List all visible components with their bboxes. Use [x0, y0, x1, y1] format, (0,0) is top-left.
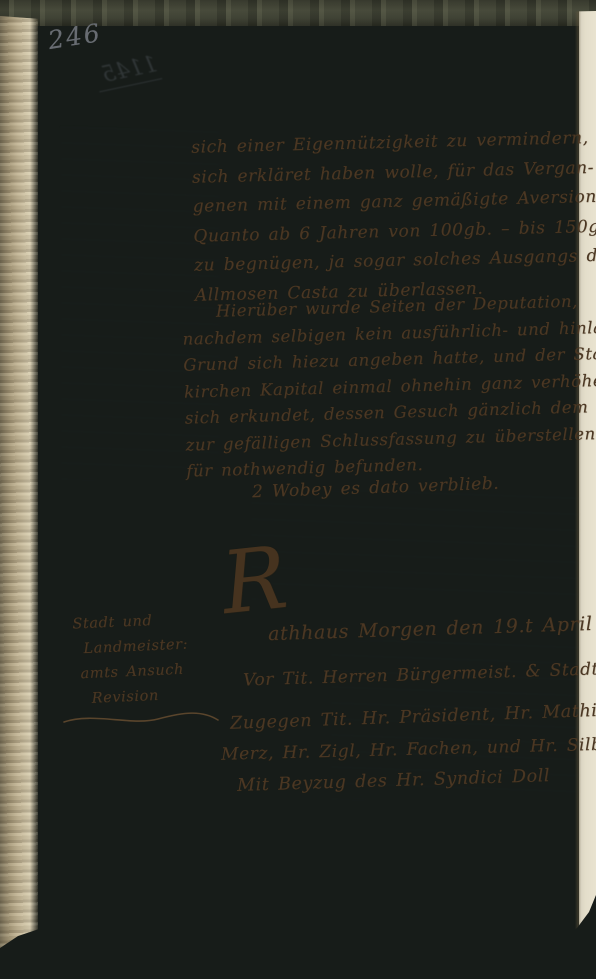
manuscript-page: 246 1145 sich einer Eigennützigkeit zu v…	[0, 0, 596, 979]
folio-number: 246	[46, 18, 104, 55]
ornate-initial: R	[218, 535, 291, 627]
manuscript-paragraph-1: sich einer Eigennützigkeit zu vermindern…	[191, 122, 596, 310]
flourish-stroke	[62, 706, 222, 732]
marginal-note-line: amts Ansuch	[74, 657, 190, 687]
show-through-texture	[250, 490, 580, 600]
manuscript-paragraph-2: Hierüber wurde Seiten der Deputation, na…	[182, 286, 596, 485]
page-deckle-edges	[0, 0, 38, 979]
marginal-note: Stadt und Landmeister: amts Ansuch Revis…	[72, 608, 191, 713]
manuscript-scan: 246 1145 sich einer Eigennützigkeit zu v…	[0, 0, 596, 979]
show-through-folio-mark: 1145	[94, 52, 162, 93]
